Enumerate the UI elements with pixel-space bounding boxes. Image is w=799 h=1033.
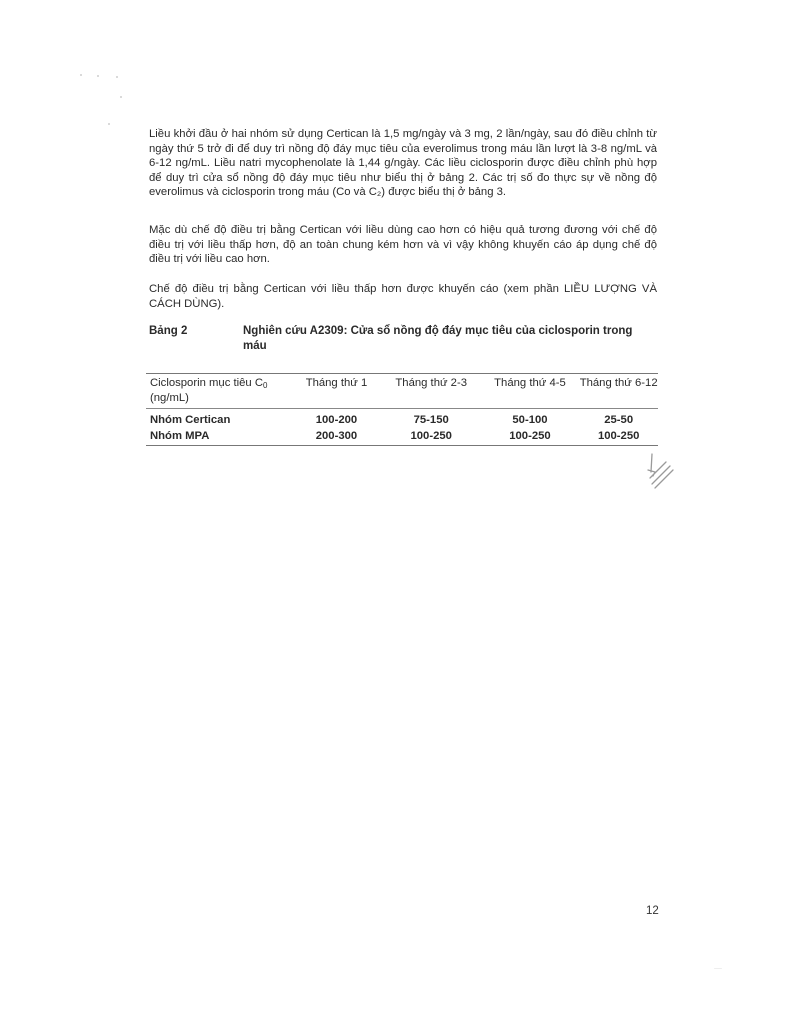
table-cell: 75-150 <box>382 409 481 429</box>
handwritten-signature-icon <box>640 452 680 497</box>
page-number: 12 <box>646 905 659 917</box>
table-cell: 100-250 <box>382 428 481 446</box>
table-row: Nhóm Certican 100-200 75-150 50-100 25-5… <box>146 409 658 429</box>
scan-speck <box>108 123 110 125</box>
table-label: Bảng 2 <box>149 324 187 339</box>
table-cell: 100-250 <box>481 428 580 446</box>
paragraph-recommendation: Chế độ điều trị bằng Certican với liều t… <box>149 282 657 311</box>
scan-speck <box>97 75 99 77</box>
scan-speck <box>120 96 122 98</box>
table-cell: 200-300 <box>291 428 382 446</box>
table-row: Nhóm MPA 200-300 100-250 100-250 100-250 <box>146 428 658 446</box>
ciclosporin-target-table: Ciclosporin mục tiêu C0 (ng/mL) Tháng th… <box>146 373 658 446</box>
table-cell: 100-250 <box>579 428 658 446</box>
header-month-4-5: Tháng thứ 4-5 <box>481 374 580 409</box>
paragraph-dosing: Liều khởi đầu ở hai nhóm sử dụng Certica… <box>149 127 657 200</box>
table-title: Nghiên cứu A2309: Cửa sổ nồng độ đáy mục… <box>243 324 659 354</box>
header-month-1: Tháng thứ 1 <box>291 374 382 409</box>
document-page: Liều khởi đầu ở hai nhóm sử dụng Certica… <box>0 0 799 1033</box>
header-month-6-12: Tháng thứ 6-12 <box>579 374 658 409</box>
header-target-label: Ciclosporin mục tiêu C0 (ng/mL) <box>146 374 291 409</box>
table-cell: 50-100 <box>481 409 580 429</box>
paragraph-safety: Mặc dù chế độ điều trị bằng Certican với… <box>149 223 657 267</box>
table-header-row: Ciclosporin mục tiêu C0 (ng/mL) Tháng th… <box>146 374 658 409</box>
row-label-mpa: Nhóm MPA <box>146 428 291 446</box>
scan-speck <box>80 74 82 76</box>
row-label-certican: Nhóm Certican <box>146 409 291 429</box>
header-month-2-3: Tháng thứ 2-3 <box>382 374 481 409</box>
scan-speck <box>116 76 118 78</box>
table-cell: 100-200 <box>291 409 382 429</box>
scan-speck <box>714 968 722 969</box>
table-cell: 25-50 <box>579 409 658 429</box>
